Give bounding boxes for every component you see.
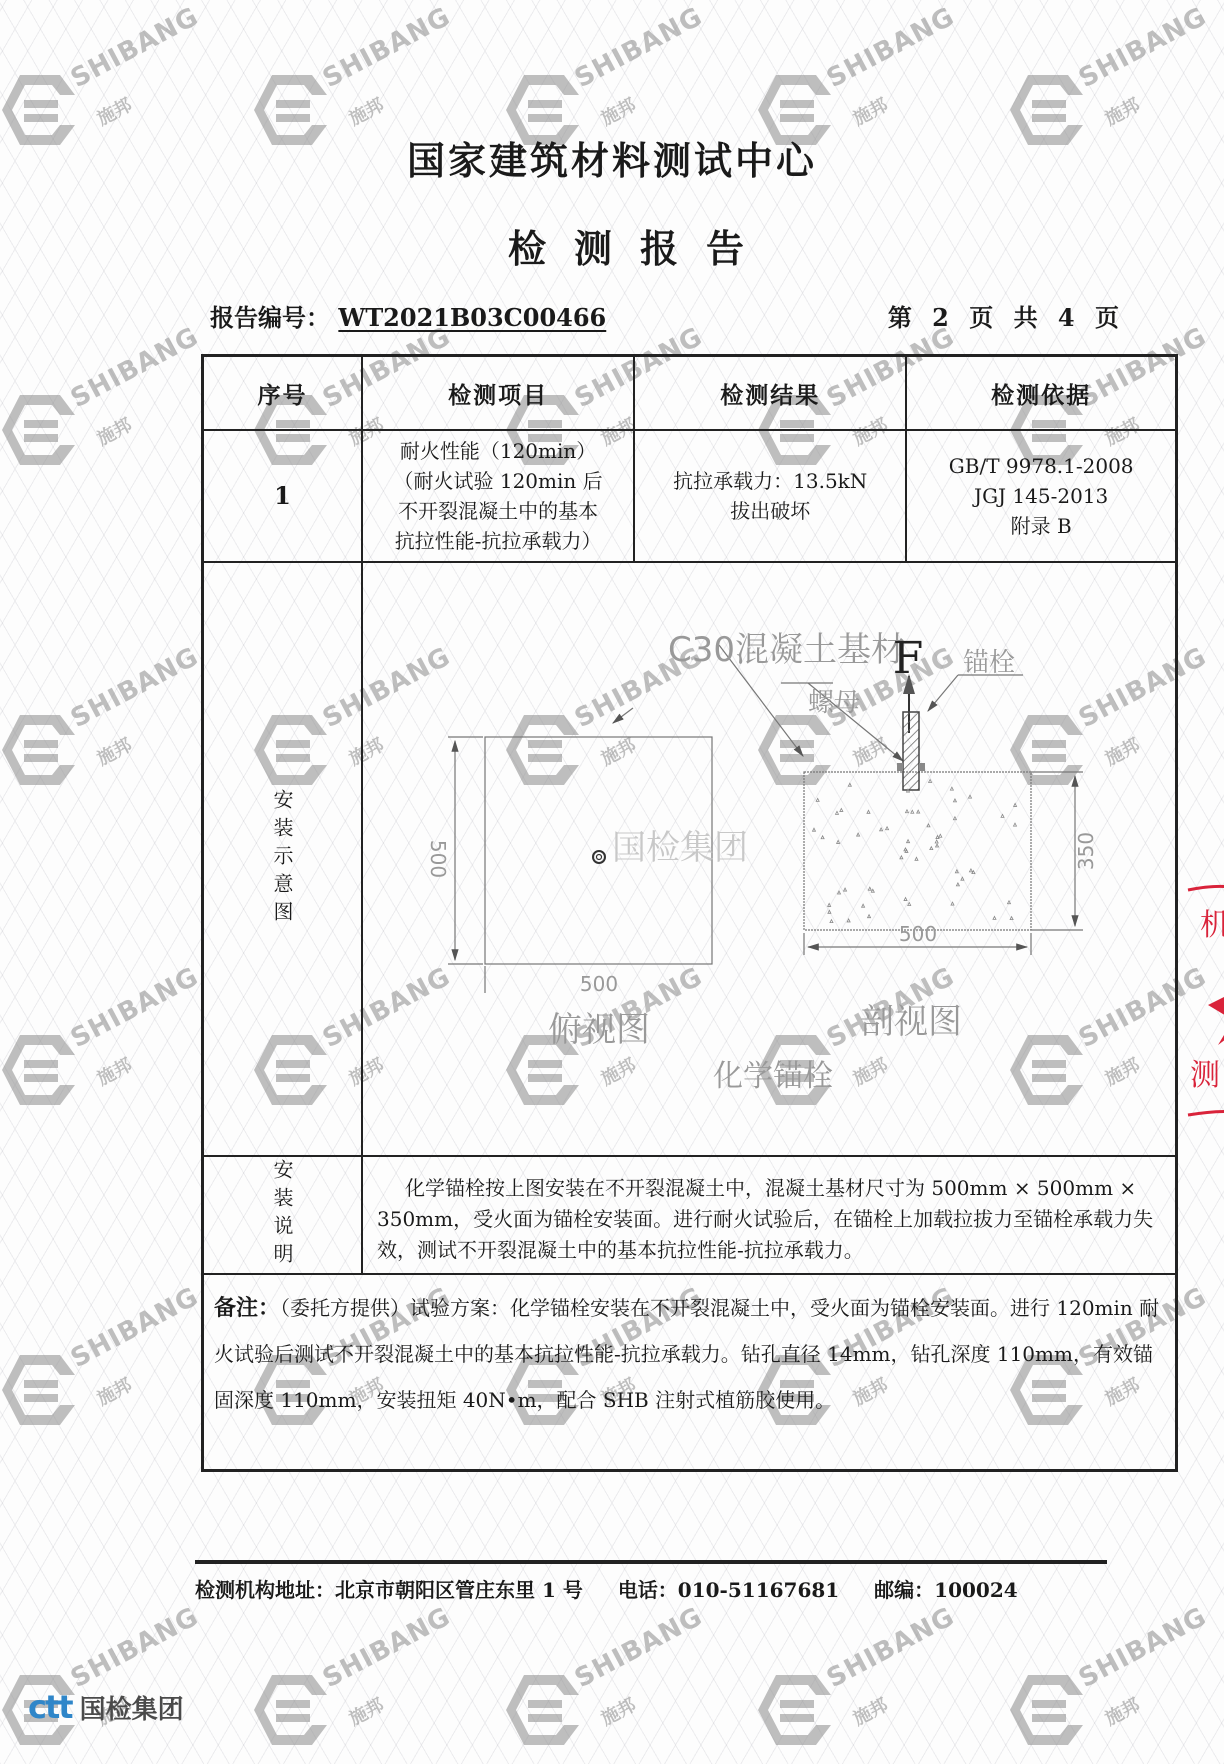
report-meta: 报告编号： WT2021B03C00466 第 2 页 共 4 页 xyxy=(210,298,1125,333)
diagram-label: 安装示意图 xyxy=(268,789,297,929)
diagram-label-cell: 安装示意图 xyxy=(203,562,363,1156)
shibang-logo-icon xyxy=(0,1030,80,1110)
item-line: （耐火试验 120min 后 xyxy=(369,466,627,496)
footer-address: 检测机构地址：北京市朝阳区管庄东里 1 号 xyxy=(195,1578,583,1602)
report-number: WT2021B03C00466 xyxy=(338,303,606,332)
table-header-row: 序号 检测项目 检测结果 检测依据 xyxy=(203,356,1177,431)
row-result: 抗拉承载力：13.5kN 拔出破坏 xyxy=(634,430,906,562)
shibang-logo-icon xyxy=(252,1670,332,1750)
shibang-watermark: SHIBANG施邦 xyxy=(1008,1670,1088,1750)
section-height-dim: 350 xyxy=(1074,832,1098,870)
install-note-row: 安装说明 化学锚栓按上图安装在不开裂混凝土中，混凝土基材尺寸为 500mm × … xyxy=(203,1156,1177,1274)
concrete-label: C30混凝土基材 xyxy=(668,630,905,670)
red-seal-stamp: 机构 测 xyxy=(1178,880,1224,1120)
page-info: 第 2 页 共 4 页 xyxy=(888,298,1125,333)
column-header-result: 检测结果 xyxy=(634,356,906,431)
basis-line: JGJ 145-2013 xyxy=(913,481,1169,511)
footer-contact: 检测机构地址：北京市朝阳区管庄东里 1 号 电话：010-51167681 邮编… xyxy=(195,1560,1107,1603)
anchor-label: 锚栓 xyxy=(963,648,1015,678)
column-header-index: 序号 xyxy=(203,356,363,431)
remarks-cell: 备注：（委托方提供）试验方案：化学锚栓安装在不开裂混凝土中，受火面为锚栓安装面。… xyxy=(203,1274,1177,1471)
footer-postcode: 邮编：100024 xyxy=(874,1578,1018,1602)
diagram-svg: C30混凝土基材 螺母 锚栓 500 500 350 500 俯视图 剖视图 化… xyxy=(363,563,1175,1155)
row-basis: GB/T 9978.1-2008 JGJ 145-2013 附录 B xyxy=(906,430,1176,562)
table-row: 1 耐火性能（120min） （耐火试验 120min 后 不开裂混凝土中的基本… xyxy=(203,430,1177,562)
shibang-watermark: SHIBANG施邦 xyxy=(504,1670,584,1750)
nut-label: 螺母 xyxy=(808,688,860,718)
force-label: F xyxy=(893,633,924,684)
shibang-watermark: SHIBANG施邦 xyxy=(0,1030,80,1110)
report-table: 序号 检测项目 检测结果 检测依据 1 耐火性能（120min） （耐火试验 1… xyxy=(201,354,1178,1472)
shibang-logo-icon xyxy=(0,1350,80,1430)
ctt-logo-icon: ctt xyxy=(28,1688,72,1726)
basis-line: 附录 B xyxy=(913,511,1169,541)
document-title: 检测报告 xyxy=(0,218,1224,273)
anchor-caption: 化学锚栓 xyxy=(713,1059,833,1094)
remarks-row: 备注：（委托方提供）试验方案：化学锚栓安装在不开裂混凝土中，受火面为锚栓安装面。… xyxy=(203,1274,1177,1471)
top-height-dim: 500 xyxy=(426,840,450,878)
organization-title: 国家建筑材料测试中心 xyxy=(0,130,1224,185)
shibang-watermark: SHIBANG施邦 xyxy=(0,390,80,470)
shibang-logo-icon xyxy=(0,390,80,470)
row-item: 耐火性能（120min） （耐火试验 120min 后 不开裂混凝土中的基本 抗… xyxy=(362,430,634,562)
result-line: 抗拉承载力：13.5kN xyxy=(641,466,899,496)
ctt-logo-name: 国检集团 xyxy=(80,1689,184,1726)
row-index: 1 xyxy=(203,430,363,562)
top-width-dim: 500 xyxy=(580,972,618,996)
result-line: 拔出破坏 xyxy=(641,496,899,526)
shibang-watermark: SHIBANG施邦 xyxy=(0,1350,80,1430)
install-note-label: 安装说明 xyxy=(268,1159,297,1271)
section-width-dim: 500 xyxy=(899,922,937,946)
shibang-watermark: SHIBANG施邦 xyxy=(756,1670,836,1750)
footer-phone: 电话：010-51167681 xyxy=(618,1578,839,1602)
section-view-caption: 剖视图 xyxy=(860,1002,962,1042)
shibang-logo-icon xyxy=(1008,1670,1088,1750)
item-line: 不开裂混凝土中的基本 xyxy=(369,496,627,526)
installation-diagram: C30混凝土基材 螺母 锚栓 500 500 350 500 俯视图 剖视图 化… xyxy=(362,562,1177,1156)
report-number-label: 报告编号： xyxy=(210,303,330,332)
install-note: 化学锚栓按上图安装在不开裂混凝土中，混凝土基材尺寸为 500mm × 500mm… xyxy=(362,1156,1177,1274)
install-note-label-cell: 安装说明 xyxy=(203,1156,363,1274)
svg-text:机构: 机构 xyxy=(1200,908,1224,943)
diagram-row: 安装示意图 xyxy=(203,562,1177,1156)
shibang-watermark: SHIBANG施邦 xyxy=(252,1670,332,1750)
column-header-basis: 检测依据 xyxy=(906,356,1176,431)
item-line: 耐火性能（120min） xyxy=(369,436,627,466)
basis-line: GB/T 9978.1-2008 xyxy=(913,451,1169,481)
shibang-watermark: SHIBANG施邦 xyxy=(0,710,80,790)
svg-text:测: 测 xyxy=(1190,1058,1220,1093)
overlay-watermark: 国检集团 xyxy=(612,828,748,868)
item-line: 抗拉性能-抗拉承载力） xyxy=(369,526,627,556)
shibang-logo-icon xyxy=(504,1670,584,1750)
column-header-item: 检测项目 xyxy=(362,356,634,431)
remarks-label: 备注： xyxy=(214,1295,280,1321)
ctt-logo: ctt 国检集团 xyxy=(28,1688,184,1726)
shibang-logo-icon xyxy=(0,710,80,790)
top-view-caption: 俯视图 xyxy=(548,1010,650,1050)
remarks-text: （委托方提供）试验方案：化学锚栓安装在不开裂混凝土中，受火面为锚栓安装面。进行 … xyxy=(214,1296,1159,1412)
shibang-logo-icon xyxy=(756,1670,836,1750)
